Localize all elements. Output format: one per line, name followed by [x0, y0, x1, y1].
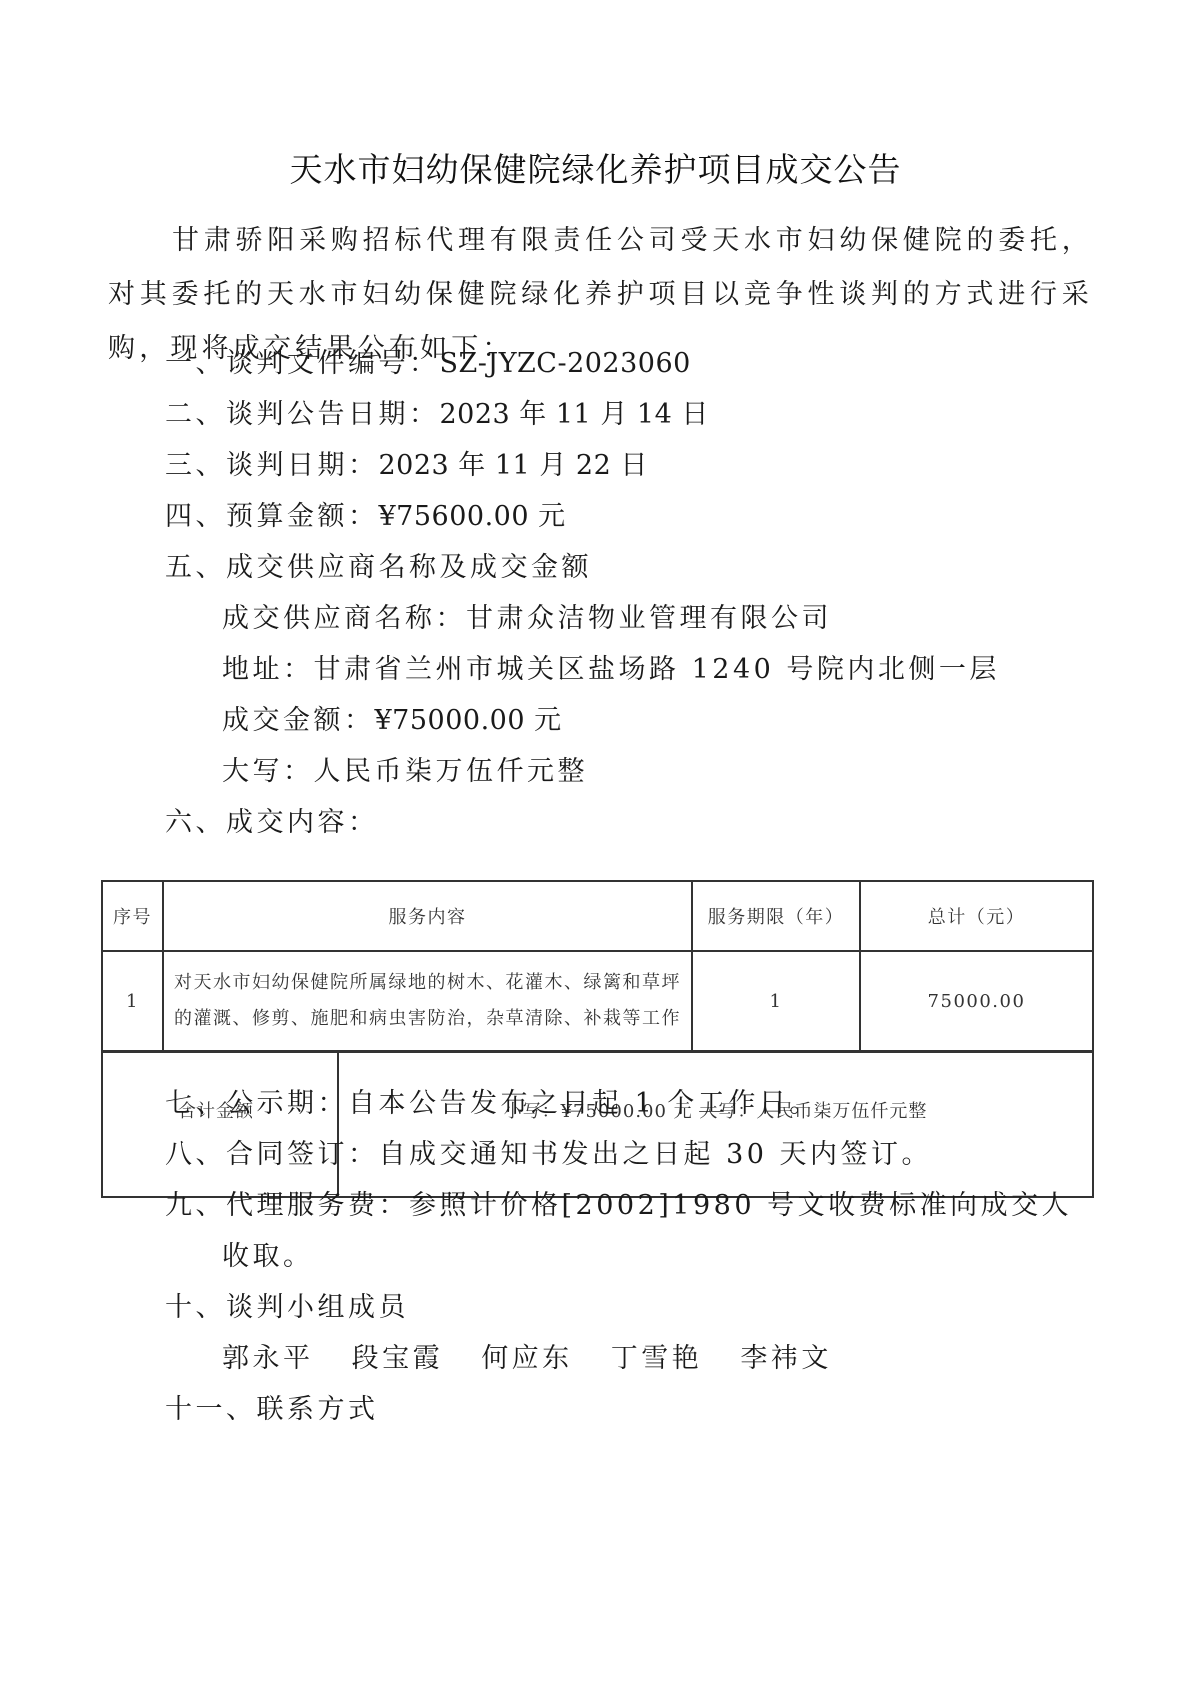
supplier-name-line: 成交供应商名称：甘肃众洁物业管理有限公司: [222, 599, 832, 639]
cell-content-line1: 对天水市妇幼保健院所属绿地的树木、花灌木、绿篱和草坪: [174, 965, 681, 1001]
address-label: 地址：: [222, 654, 314, 685]
amount-upper-value: 人民币柒万伍仟元整: [314, 756, 589, 787]
panel-members: 郭永平 段宝霞 何应东 丁雪艳 李祎文: [222, 1339, 858, 1379]
amount-upper-label: 大写：: [222, 756, 314, 787]
publicity-value: 自本公告发布之日起 1 个工作日。: [348, 1088, 820, 1119]
panel-member: 丁雪艳: [611, 1339, 703, 1379]
publicity-line: 七、公示期：自本公告发布之日起 1 个工作日。: [165, 1084, 820, 1124]
doc-number-label: 一、谈判文件编号：: [165, 348, 440, 379]
content-section-heading: 六、成交内容：: [165, 803, 379, 843]
panel-member: 段宝霞: [352, 1339, 444, 1379]
panel-heading: 十、谈判小组成员: [165, 1288, 409, 1328]
supplier-name-value: 甘肃众洁物业管理有限公司: [466, 603, 832, 634]
agency-fee-value: 参照计价格[2002]1980 号文收费标准向成交人: [409, 1190, 1072, 1221]
supplier-name-label: 成交供应商名称：: [222, 603, 466, 634]
panel-member: 郭永平: [222, 1339, 314, 1379]
budget-line: 四、预算金额：¥75600.00 元: [165, 497, 566, 537]
page-title: 天水市妇幼保健院绿化养护项目成交公告: [0, 148, 1191, 192]
document-page: 天水市妇幼保健院绿化养护项目成交公告 甘肃骄阳采购招标代理有限责任公司受天水市妇…: [0, 0, 1191, 1684]
agency-fee-label: 九、代理服务费：: [165, 1190, 409, 1221]
contract-line: 八、合同签订：自成交通知书发出之日起 30 天内签订。: [165, 1135, 932, 1175]
header-content: 服务内容: [163, 881, 692, 951]
doc-number-value: SZ-JYZC-2023060: [440, 348, 691, 379]
cell-content: 对天水市妇幼保健院所属绿地的树木、花灌木、绿篱和草坪 的灌溉、修剪、施肥和病虫害…: [163, 951, 692, 1051]
amount-line: 成交金额：¥75000.00 元: [222, 701, 562, 741]
panel-member: 何应东: [481, 1339, 573, 1379]
address-line: 地址：甘肃省兰州市城关区盐场路 1240 号院内北侧一层: [222, 650, 1000, 690]
cell-no: 1: [102, 951, 163, 1051]
doc-number-line: 一、谈判文件编号：SZ-JYZC-2023060: [165, 344, 691, 384]
summary-table: 合计金额 小写：¥75000.00 元 大写：人民币柒万伍仟元整: [101, 1051, 1094, 1198]
summary-value: 小写：¥75000.00 元 大写：人民币柒万伍仟元整: [338, 1052, 1093, 1197]
header-total: 总计（元）: [860, 881, 1093, 951]
negotiation-date-value: 2023 年 11 月 22 日: [379, 450, 648, 481]
amount-upper-line: 大写：人民币柒万伍仟元整: [222, 752, 588, 792]
supplier-section-heading: 五、成交供应商名称及成交金额: [165, 548, 592, 588]
amount-label: 成交金额：: [222, 705, 375, 736]
publicity-label: 七、公示期：: [165, 1088, 348, 1119]
announce-date-label: 二、谈判公告日期：: [165, 399, 440, 430]
budget-value: ¥75600.00 元: [379, 501, 566, 532]
summary-label: 合计金额: [102, 1052, 338, 1197]
cell-period: 1: [692, 951, 860, 1051]
amount-value: ¥75000.00 元: [375, 705, 562, 736]
agency-fee-continuation: 收取。: [222, 1237, 314, 1277]
cell-content-line2: 的灌溉、修剪、施肥和病虫害防治，杂草清除、补栽等工作: [174, 1001, 681, 1037]
table-header-row: 序号 服务内容 服务期限（年） 总计（元）: [102, 881, 1093, 951]
deal-content-table: 序号 服务内容 服务期限（年） 总计（元） 1 对天水市妇幼保健院所属绿地的树木…: [101, 880, 1094, 1052]
header-no: 序号: [102, 881, 163, 951]
contract-value: 自成交通知书发出之日起 30 天内签订。: [379, 1139, 933, 1170]
announce-date-value: 2023 年 11 月 14 日: [440, 399, 709, 430]
budget-label: 四、预算金额：: [165, 501, 379, 532]
address-value: 甘肃省兰州市城关区盐场路 1240 号院内北侧一层: [314, 654, 1000, 685]
negotiation-date-label: 三、谈判日期：: [165, 450, 379, 481]
header-period: 服务期限（年）: [692, 881, 860, 951]
negotiation-date-line: 三、谈判日期：2023 年 11 月 22 日: [165, 446, 648, 486]
table-row: 1 对天水市妇幼保健院所属绿地的树木、花灌木、绿篱和草坪 的灌溉、修剪、施肥和病…: [102, 951, 1093, 1051]
agency-fee-line: 九、代理服务费：参照计价格[2002]1980 号文收费标准向成交人: [165, 1186, 1072, 1226]
summary-row: 合计金额 小写：¥75000.00 元 大写：人民币柒万伍仟元整: [102, 1052, 1093, 1197]
contact-heading: 十一、联系方式: [165, 1390, 379, 1430]
announce-date-line: 二、谈判公告日期：2023 年 11 月 14 日: [165, 395, 709, 435]
contract-label: 八、合同签订：: [165, 1139, 379, 1170]
cell-total: 75000.00: [860, 951, 1093, 1051]
panel-member: 李祎文: [740, 1339, 832, 1379]
